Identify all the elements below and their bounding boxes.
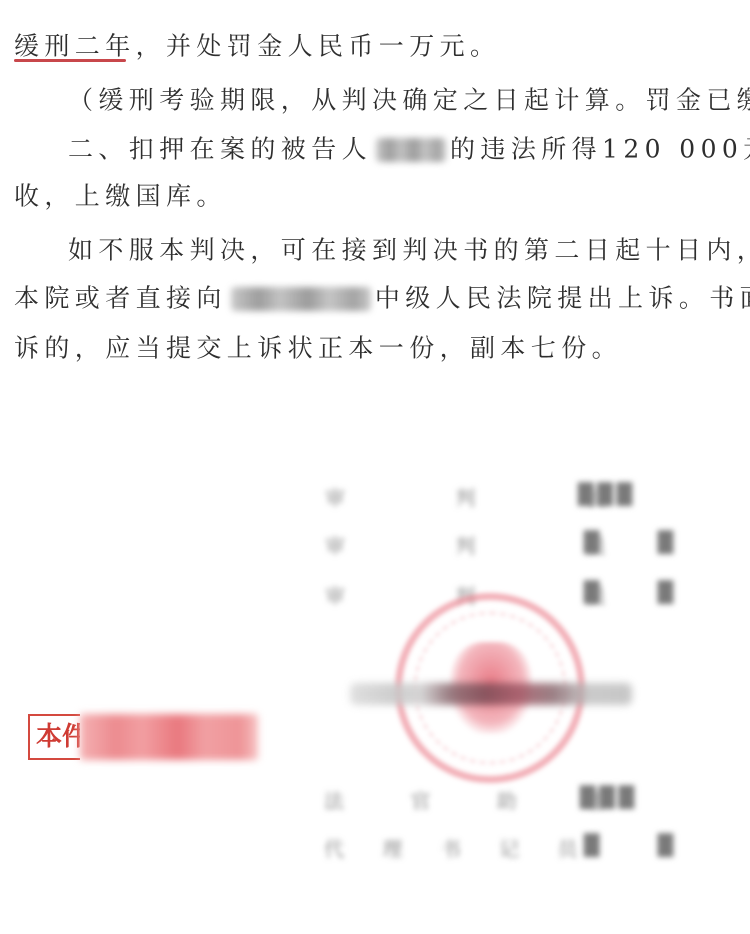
signature-name-5: █ █ <box>584 833 699 857</box>
copy-stamp-blurred-text <box>80 714 258 760</box>
signature-name-1: ███ <box>578 482 636 506</box>
paragraph-line-3: 二、扣押在案的被告人的违法所得120 000元予以没 <box>68 133 750 165</box>
signature-role-5: 代 理 书 记 员 <box>324 833 593 862</box>
signature-name-3: █ █ <box>584 580 699 604</box>
confiscation-text-pre: 二、扣押在案的被告人 <box>68 135 372 164</box>
appeal-text-3: 诉的，应当提交上诉状正本一份，副本七份。 <box>14 334 622 363</box>
paragraph-line-4: 收，上缴国库。 <box>14 180 227 212</box>
sentence-text: 缓刑二年，并处罚金人民币一万元。 <box>14 32 500 61</box>
appeal-text-1: 如不服本判决，可在接到判决书的第二日起十日内，通过 <box>68 236 750 265</box>
confiscation-text-post: 的违法所得120 000元予以没 <box>450 135 750 164</box>
red-underline-mark <box>14 59 126 62</box>
copy-verification-stamp: 本件 <box>28 714 258 760</box>
judgment-date-blurred <box>350 683 632 705</box>
appeal-text-2-post: 中级人民法院提出上诉。书面上 <box>375 284 750 313</box>
paragraph-line-2: （缓刑考验期限，从判决确定之日起计算。罚金已缴纳。） <box>68 84 750 116</box>
appeal-text-2-pre: 本院或者直接向 <box>14 284 227 313</box>
redacted-court-location <box>231 287 371 311</box>
signature-name-2: █ █ <box>584 530 699 554</box>
paragraph-line-6: 本院或者直接向中级人民法院提出上诉。书面上 <box>14 282 750 314</box>
redacted-defendant-name <box>376 138 446 162</box>
signature-name-4: ███ <box>580 785 638 809</box>
paragraph-line-7: 诉的，应当提交上诉状正本一份，副本七份。 <box>14 332 622 364</box>
paragraph-line-5: 如不服本判决，可在接到判决书的第二日起十日内，通过 <box>68 234 750 266</box>
paragraph-line-1: 缓刑二年，并处罚金人民币一万元。 <box>14 30 500 62</box>
copy-stamp-visible-text: 本件 <box>28 714 80 760</box>
probation-note: （缓刑考验期限，从判决确定之日起计算。罚金已缴纳。） <box>68 86 750 115</box>
confiscation-text-end: 收，上缴国库。 <box>14 182 227 211</box>
